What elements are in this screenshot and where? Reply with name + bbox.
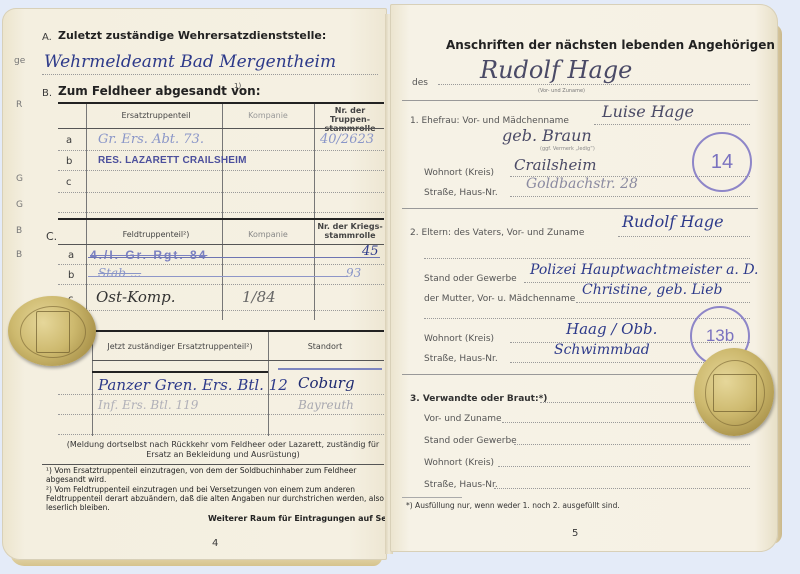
relative-street-label: Straße, Haus-Nr. bbox=[424, 480, 498, 490]
hospital-stamp: RES. LAZARETT CRAILSHEIM bbox=[98, 155, 247, 166]
row-unit: Stab ... bbox=[98, 266, 141, 280]
spouse-street-value: Goldbachstr. 28 bbox=[526, 176, 638, 192]
spouse-name: Luise Hage bbox=[602, 102, 694, 121]
footnote-1: ¹) Vom Ersatztruppenteil einzutragen, vo… bbox=[46, 466, 384, 484]
column-header: Feldtruppenteil²) bbox=[92, 230, 220, 239]
section-rule bbox=[402, 100, 758, 101]
relative-name-label: Vor- und Zuname bbox=[424, 414, 502, 424]
relative-residence-label: Wohnort (Kreis) bbox=[424, 458, 494, 468]
table-rule bbox=[92, 360, 384, 361]
strike-line bbox=[88, 257, 380, 258]
dotted-line bbox=[514, 444, 750, 445]
parents-residence-label: Wohnort (Kreis) bbox=[424, 334, 494, 344]
dotted-line bbox=[424, 258, 750, 259]
dotted-line bbox=[42, 74, 378, 75]
dotted-line bbox=[576, 302, 750, 303]
row-letter: b bbox=[66, 156, 72, 167]
dotted-line bbox=[498, 466, 750, 467]
table-divider bbox=[314, 220, 315, 320]
dotted-line bbox=[594, 124, 750, 125]
des-label: des bbox=[412, 78, 428, 88]
dotted-line bbox=[58, 192, 384, 193]
father-name: Rudolf Hage bbox=[622, 212, 724, 231]
section-b-label: B. bbox=[42, 88, 52, 99]
coin-right bbox=[694, 348, 774, 436]
occupation-value: Polizei Hauptwachtmeister a. D. bbox=[530, 262, 759, 278]
margin-fragment: ge bbox=[14, 56, 25, 66]
spouse-label: 1. Ehefrau: Vor- und Mädchenname bbox=[410, 116, 569, 126]
page-number: 5 bbox=[572, 528, 578, 539]
dotted-line bbox=[58, 212, 384, 213]
dotted-line bbox=[58, 394, 384, 395]
section-b-title: Zum Feldheer abgesandt von: bbox=[58, 84, 261, 98]
margin-fragment: G bbox=[16, 200, 23, 210]
return-note: (Meldung dortselbst nach Rückkehr vom Fe… bbox=[62, 440, 384, 460]
row-unit: Gr. Ers. Abt. 73. bbox=[98, 132, 204, 147]
dotted-line bbox=[510, 196, 750, 197]
margin-fragment: B bbox=[16, 250, 22, 260]
gate-emblem-icon bbox=[36, 311, 70, 352]
section-a-title: Zuletzt zuständige Wehrersatzdienststell… bbox=[58, 29, 326, 42]
table-rule bbox=[58, 244, 384, 245]
dotted-line bbox=[58, 434, 384, 435]
relative-occupation-label: Stand oder Gewerbe bbox=[424, 436, 517, 446]
section-a-value: Wehrmeldeamt Bad Mergentheim bbox=[44, 52, 336, 72]
spouse-residence-label: Wohnort (Kreis) bbox=[424, 168, 494, 178]
margin-fragment: B bbox=[16, 226, 22, 236]
previous-unit: Inf. Ers. Btl. 119 bbox=[98, 398, 198, 412]
section-c-label: C. bbox=[46, 230, 57, 243]
section-rule bbox=[402, 208, 758, 209]
mother-label: der Mutter, Vor- u. Mädchenname bbox=[424, 294, 575, 304]
table-divider bbox=[92, 332, 93, 436]
table-divider bbox=[222, 220, 223, 320]
building-emblem-icon bbox=[713, 374, 757, 411]
stamp-number: 13b bbox=[706, 326, 734, 346]
dotted-line bbox=[58, 310, 384, 311]
column-header: Jetzt zuständiger Ersatztruppenteil²) bbox=[94, 342, 266, 351]
column-header: Ersatztruppenteil bbox=[92, 111, 220, 120]
column-header: Standort bbox=[270, 342, 380, 351]
strike-line bbox=[278, 368, 382, 370]
footnote-rule bbox=[402, 497, 462, 498]
dotted-line bbox=[494, 488, 750, 489]
spouse-street-label: Straße, Haus-Nr. bbox=[424, 188, 498, 198]
column-header: Kompanie bbox=[224, 230, 312, 239]
stamp-14: 14 bbox=[692, 132, 752, 192]
holder-name: Rudolf Hage bbox=[480, 56, 632, 84]
holder-name-caption: (Vor- und Zuname) bbox=[538, 88, 585, 94]
row-letter: c bbox=[66, 177, 72, 188]
row-unit: Ost-Komp. bbox=[96, 288, 176, 306]
table-rule bbox=[58, 330, 384, 332]
column-header: Nr. der Kriegs-stammrolle bbox=[316, 222, 384, 240]
section-a-label: A. bbox=[42, 32, 52, 43]
stamp-number: 14 bbox=[711, 151, 733, 174]
table-divider bbox=[86, 104, 87, 218]
margin-fragment: R bbox=[16, 100, 22, 110]
margin-fragment: G bbox=[16, 174, 23, 184]
table-rule bbox=[58, 128, 384, 129]
dotted-line bbox=[438, 84, 750, 85]
row-letter: a bbox=[68, 250, 74, 261]
current-location: Coburg bbox=[298, 374, 355, 392]
footnote-rule bbox=[42, 464, 384, 465]
column-header: Kompanie bbox=[224, 111, 312, 120]
coin-left bbox=[8, 296, 96, 366]
left-page: ge R G G B B A. Zuletzt zuständige Wehre… bbox=[2, 8, 387, 560]
table-divider bbox=[86, 220, 87, 320]
table-rule bbox=[92, 371, 268, 373]
page-title: Anschriften der nächsten lebenden Angehö… bbox=[446, 38, 775, 52]
dotted-line bbox=[58, 150, 384, 151]
footnote-2: ²) Vom Feldtruppenteil einzutragen und b… bbox=[46, 485, 384, 512]
row-letter: b bbox=[68, 270, 74, 281]
open-paybook: ge R G G B B A. Zuletzt zuständige Wehre… bbox=[2, 4, 782, 570]
parents-street-value: Schwimmbad bbox=[554, 342, 650, 358]
dotted-line bbox=[618, 236, 750, 237]
footnote: *) Ausfüllung nur, wenn weder 1. noch 2.… bbox=[406, 501, 620, 510]
spouse-residence-value: Crailsheim bbox=[514, 156, 596, 174]
current-unit: Panzer Gren. Ers. Btl. 12 bbox=[98, 376, 288, 394]
row-number: 40/2623 bbox=[320, 132, 374, 147]
spouse-caption: (ggf. Vermerk „ledig“) bbox=[540, 146, 595, 152]
row-company: 1/84 bbox=[242, 288, 276, 306]
previous-location: Bayreuth bbox=[298, 398, 354, 412]
occupation-label: Stand oder Gewerbe bbox=[424, 274, 517, 284]
row-unit: 4./I. Gr. Rgt. 84 bbox=[90, 248, 207, 262]
table-rule bbox=[58, 102, 384, 104]
page-number: 4 bbox=[212, 538, 218, 549]
row-letter: a bbox=[66, 135, 72, 146]
dotted-line bbox=[58, 284, 384, 285]
strike-line bbox=[88, 276, 348, 277]
footnote-ref: 1) bbox=[234, 82, 241, 90]
spouse-maiden-name: geb. Braun bbox=[502, 126, 592, 145]
dotted-line bbox=[58, 170, 384, 171]
relatives-label: 3. Verwandte oder Braut:*) bbox=[410, 394, 547, 404]
mother-value: Christine, geb. Lieb bbox=[582, 282, 723, 298]
dotted-line bbox=[58, 414, 384, 415]
parents-street-label: Straße, Haus-Nr. bbox=[424, 354, 498, 364]
table-rule bbox=[58, 218, 384, 220]
right-page: Anschriften der nächsten lebenden Angehö… bbox=[390, 4, 778, 552]
row-number: 93 bbox=[346, 266, 361, 280]
dotted-line bbox=[58, 264, 384, 265]
parents-label: 2. Eltern: des Vaters, Vor- und Zuname bbox=[410, 228, 584, 238]
parents-residence-value: Haag / Obb. bbox=[566, 320, 657, 338]
table-divider bbox=[314, 104, 315, 218]
